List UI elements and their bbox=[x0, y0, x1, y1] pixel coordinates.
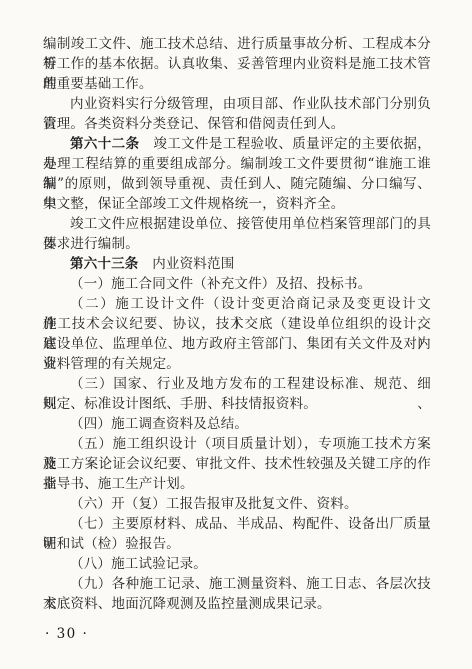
text-line: （三）国家、行业及地方发布的工程建设标准、规范、细则、 bbox=[43, 374, 431, 394]
text-block: 编制竣工文件、施工技术总结、进行质量事故分析、工程成本分析等工作的基本依据。认真… bbox=[43, 34, 431, 614]
text-line: 内业资料实行分级管理，由项目部、作业队技术部门分别负责 bbox=[43, 94, 431, 114]
text-line: （一）施工合同文件（补充文件）及招、投标书。 bbox=[43, 274, 431, 294]
text-line: 资料管理的有关规定。 bbox=[43, 354, 431, 374]
text-line: 施工技术会议纪要、协议，技术交底（建设单位组织的设计交底） bbox=[43, 314, 431, 334]
text-segment: 规定、标准设计图纸、手册、科技情报资料。 bbox=[43, 396, 317, 412]
text-line: 等工作的基本依据。认真收集、妥善管理内业资料是施工技术管理 bbox=[43, 54, 431, 74]
text-segment: （八）施工试验记录。 bbox=[70, 556, 207, 572]
text-line: 建设单位、监理单位、地方政府主管部门、集团有关文件及对内业 bbox=[43, 334, 431, 354]
text-segment: 管理。各类资料分类登记、保管和借阅责任到人。 bbox=[43, 116, 344, 132]
text-line: 的重要基础工作。 bbox=[43, 74, 431, 94]
text-line: （二）施工设计文件（设计变更洽商记录及变更设计文件）， bbox=[43, 294, 431, 314]
text-segment: 中文整，保证全部竣工文件规格统一，资料齐全。 bbox=[43, 196, 344, 212]
text-line: 办理工程结算的重要组成部分。编制竣工文件要贯彻“谁施工谁编 bbox=[43, 154, 431, 174]
text-segment: 明和试（检）验报告。 bbox=[43, 536, 180, 552]
text-line: 制”的原则，做到领导重视、责任到人、随完随编、分口编写、集 bbox=[43, 174, 431, 194]
text-line: （五）施工组织设计（项目质量计划），专项施工技术方案及 bbox=[43, 434, 431, 454]
text-segment: 交底资料、地面沉降观测及监控量测成果记录。 bbox=[43, 596, 331, 612]
page-number: · 30 · bbox=[45, 626, 88, 642]
text-line: 管理。各类资料分类登记、保管和借阅责任到人。 bbox=[43, 114, 431, 134]
text-line: 要求进行编制。 bbox=[43, 234, 431, 254]
text-line: 中文整，保证全部竣工文件规格统一，资料齐全。 bbox=[43, 194, 431, 214]
article-heading: 第六十三条 bbox=[70, 256, 139, 272]
document-page: 编制竣工文件、施工技术总结、进行质量事故分析、工程成本分析等工作的基本依据。认真… bbox=[43, 34, 431, 614]
text-line: （七）主要原材料、成品、半成品、构配件、设备出厂质量证 bbox=[43, 514, 431, 534]
text-segment: 指导书、施工生产计划。 bbox=[43, 476, 194, 492]
text-line: 编制竣工文件、施工技术总结、进行质量事故分析、工程成本分析 bbox=[43, 34, 431, 54]
text-line: 第六十二条 竣工文件是工程验收、质量评定的主要依据，是 bbox=[43, 134, 431, 154]
text-segment: 资料管理的有关规定。 bbox=[43, 356, 180, 372]
text-line: （八）施工试验记录。 bbox=[43, 554, 431, 574]
text-line: （四）施工调查资料及总结。 bbox=[43, 414, 431, 434]
text-line: 指导书、施工生产计划。 bbox=[43, 474, 431, 494]
text-segment: 要求进行编制。 bbox=[43, 236, 139, 252]
text-segment: （六）开（复）工报告报审及批复文件、资料。 bbox=[70, 496, 358, 512]
text-line: 施工方案论证会议纪要、审批文件、技术性较强及关键工序的作业 bbox=[43, 454, 431, 474]
text-segment: （四）施工调查资料及总结。 bbox=[70, 416, 248, 432]
text-line: 明和试（检）验报告。 bbox=[43, 534, 431, 554]
text-line: 竣工文件应根据建设单位、接管使用单位档案管理部门的具体 bbox=[43, 214, 431, 234]
text-segment: 内业资料范围 bbox=[139, 256, 235, 272]
text-line: 交底资料、地面沉降观测及监控量测成果记录。 bbox=[43, 594, 431, 614]
text-line: （六）开（复）工报告报审及批复文件、资料。 bbox=[43, 494, 431, 514]
text-line: 第六十三条 内业资料范围 bbox=[43, 254, 431, 274]
text-line: （九）各种施工记录、施工测量资料、施工日志、各层次技术 bbox=[43, 574, 431, 594]
text-segment: 的重要基础工作。 bbox=[43, 76, 153, 92]
text-segment: （一）施工合同文件（补充文件）及招、投标书。 bbox=[70, 276, 371, 292]
article-heading: 第六十二条 bbox=[70, 136, 139, 152]
